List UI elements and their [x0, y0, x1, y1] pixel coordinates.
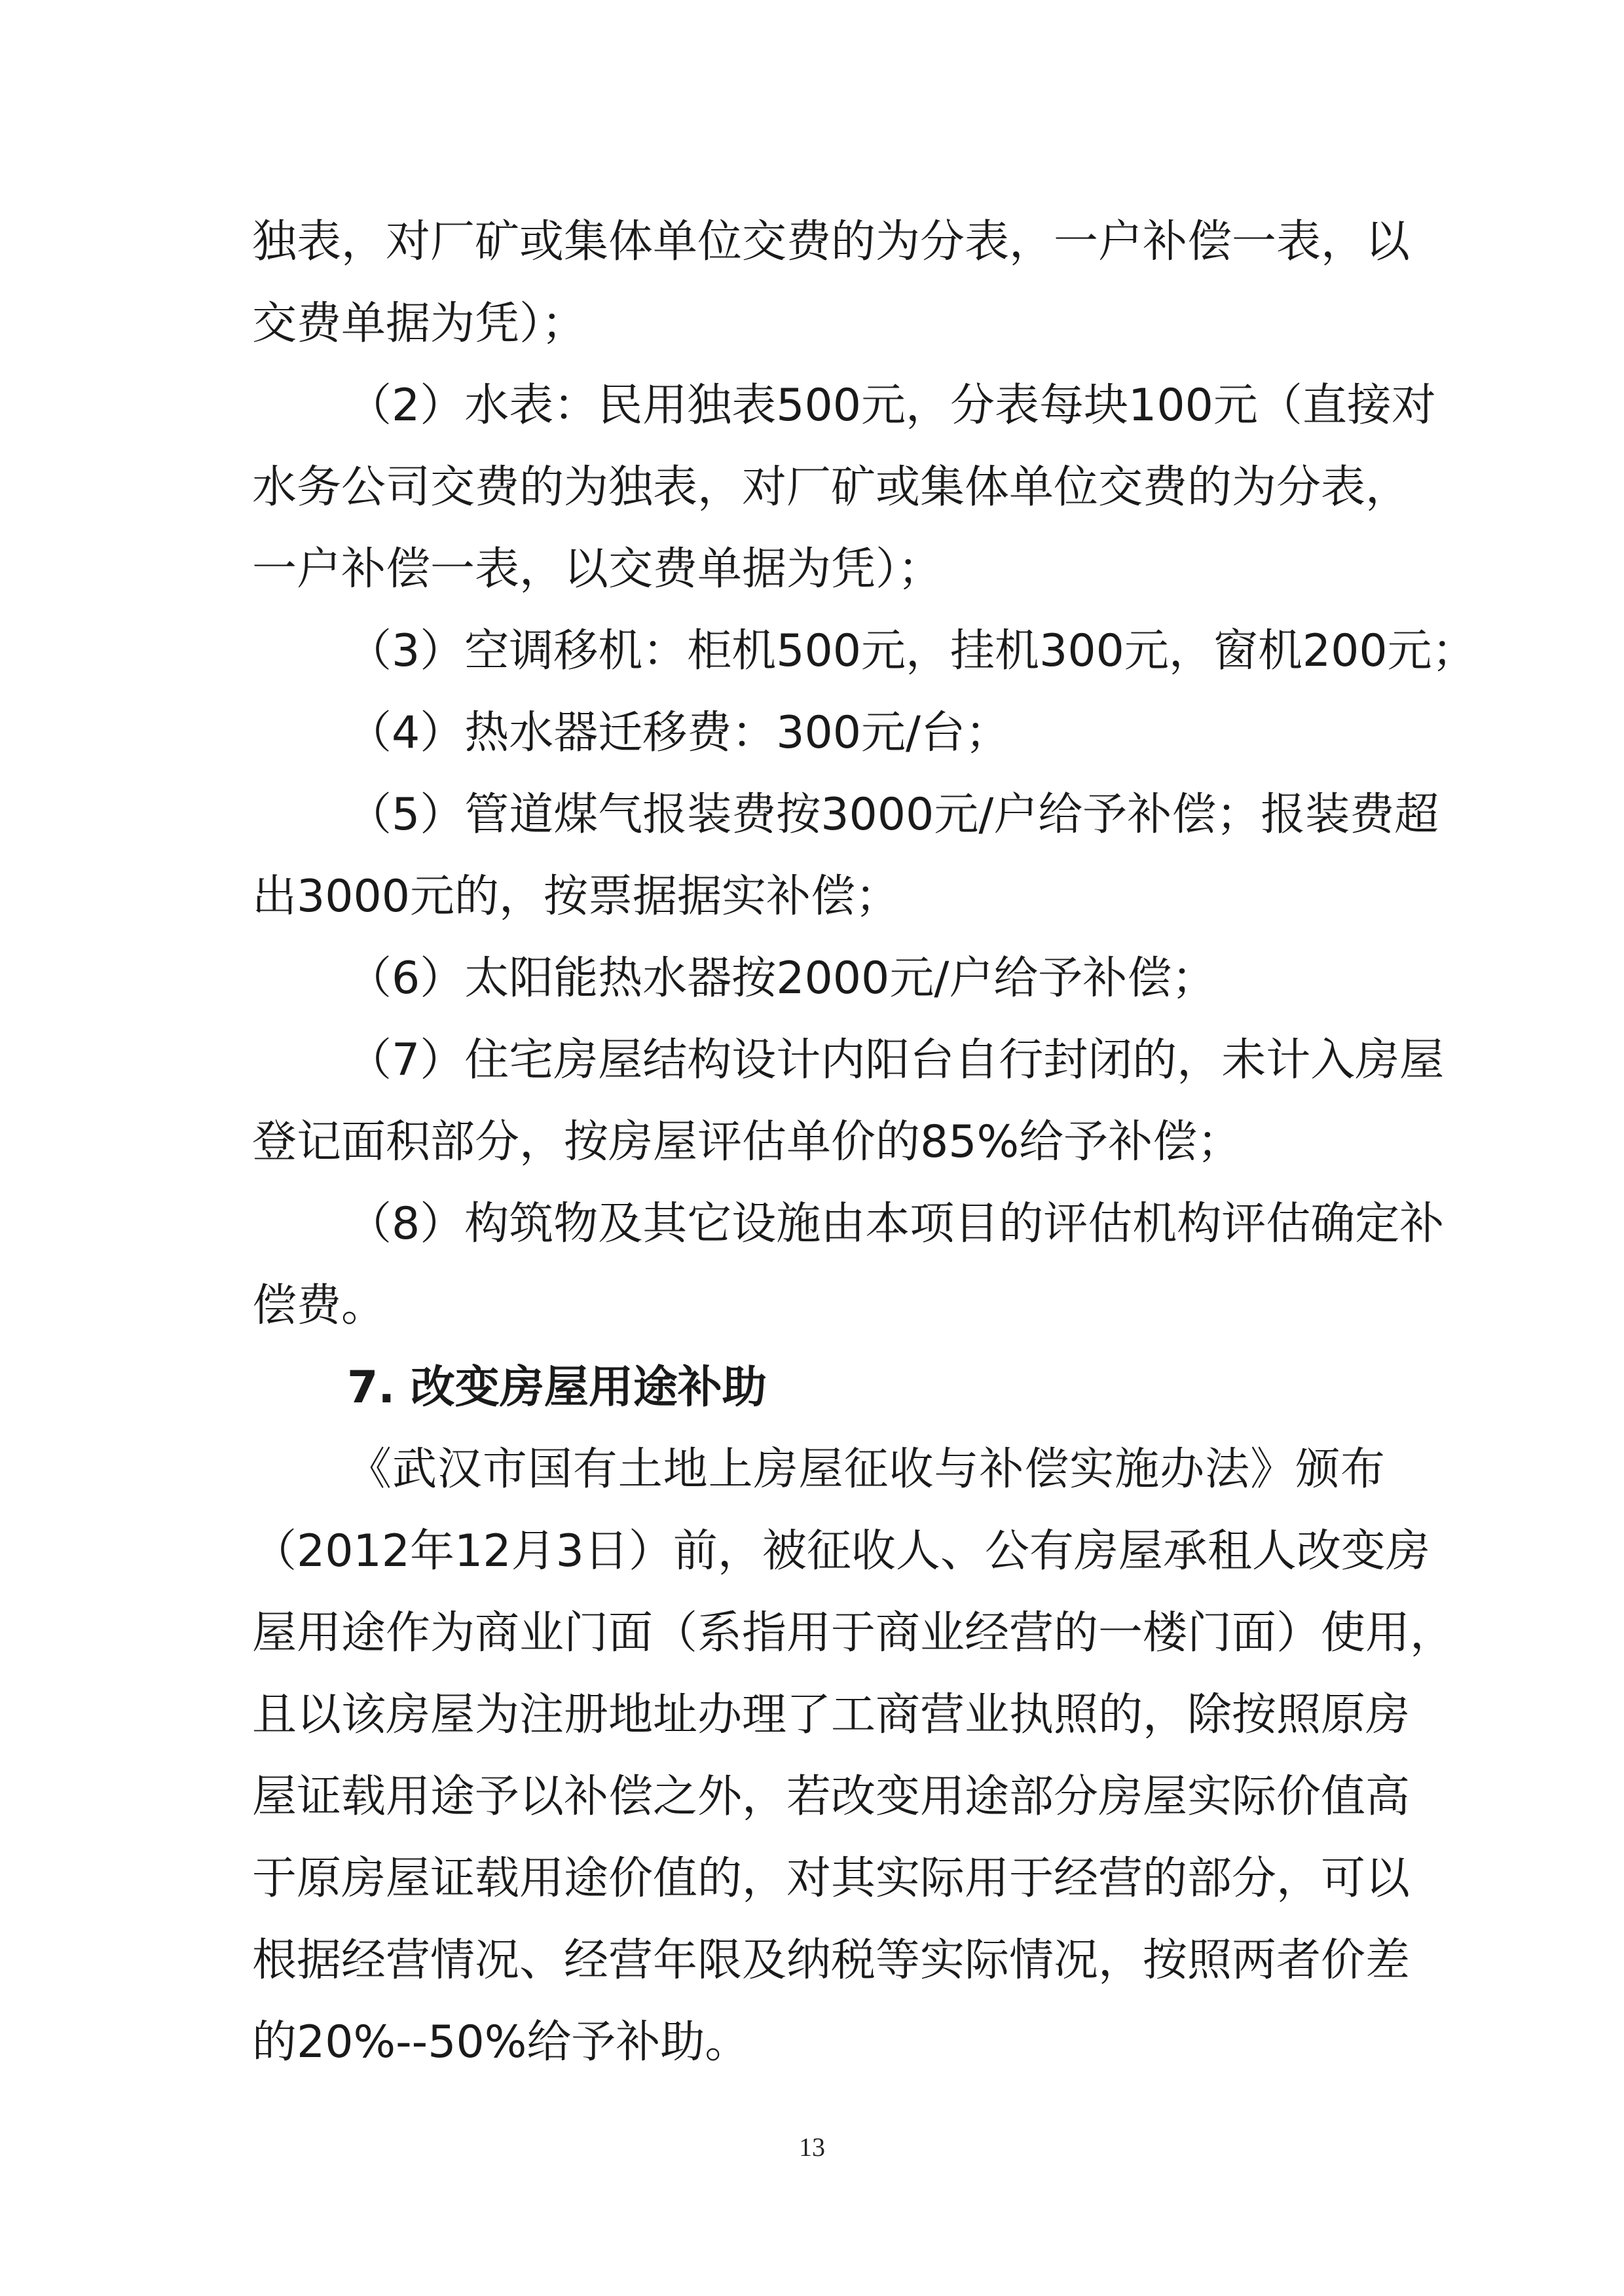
document-page: 独表，对厂矿或集体单位交费的为分表，一户补偿一表，以 交费单据为凭）； （2）水…: [0, 0, 1624, 2296]
item-8-structures: （8）构筑物及其它设施由本项目的评估机构评估确定补: [347, 1192, 1385, 1257]
paragraph-line: 屋用途作为商业门面（系指用于商业经营的一楼门面）使用，: [252, 1601, 1385, 1666]
body-line: 偿费。: [252, 1273, 1385, 1339]
paragraph-line: 于原房屋证载用途价值的，对其实际用于经营的部分，可以: [252, 1846, 1385, 1912]
body-line: 独表，对厂矿或集体单位交费的为分表，一户补偿一表，以: [252, 210, 1385, 275]
item-2-water-meter: （2）水表：民用独表500元，分表每块100元（直接对: [347, 373, 1385, 439]
body-line: 一户补偿一表，以交费单据为凭）；: [252, 537, 1385, 602]
item-3-air-conditioner: （3）空调移机：柜机500元，挂机300元，窗机200元；: [347, 619, 1385, 684]
paragraph-line: 屋证载用途予以补偿之外，若改变用途部分房屋实际价值高: [252, 1764, 1385, 1830]
paragraph-line: 《武汉市国有土地上房屋征收与补偿实施办法》颁布: [347, 1437, 1385, 1503]
paragraph-line: 根据经营情况、经营年限及纳税等实际情况，按照两者价差: [252, 1928, 1385, 1994]
paragraph-line: （2012年12月3日）前，被征收人、公有房屋承租人改变房: [252, 1519, 1385, 1584]
body-line: 出3000元的，按票据据实补偿；: [252, 864, 1385, 930]
paragraph-line: 且以该房屋为注册地址办理了工商营业执照的，除按照原房: [252, 1683, 1385, 1748]
item-6-solar-heater: （6）太阳能热水器按2000元/户给予补偿；: [347, 946, 1385, 1011]
page-number: 13: [786, 2131, 838, 2164]
body-line: 登记面积部分，按房屋评估单价的85%给予补偿；: [252, 1110, 1385, 1175]
item-5-gas: （5）管道煤气报装费按3000元/户给予补偿；报装费超: [347, 782, 1385, 848]
body-line: 水务公司交费的为独表，对厂矿或集体单位交费的为分表，: [252, 455, 1385, 520]
body-line: 交费单据为凭）；: [252, 291, 1385, 357]
section-heading: 7. 改变房屋用途补助: [347, 1355, 767, 1421]
item-7-balcony: （7）住宅房屋结构设计内阳台自行封闭的，未计入房屋: [347, 1028, 1385, 1093]
item-4-water-heater: （4）热水器迁移费：300元/台；: [347, 701, 1385, 766]
paragraph-line: 的20%--50%给予补助。: [252, 2010, 1385, 2075]
